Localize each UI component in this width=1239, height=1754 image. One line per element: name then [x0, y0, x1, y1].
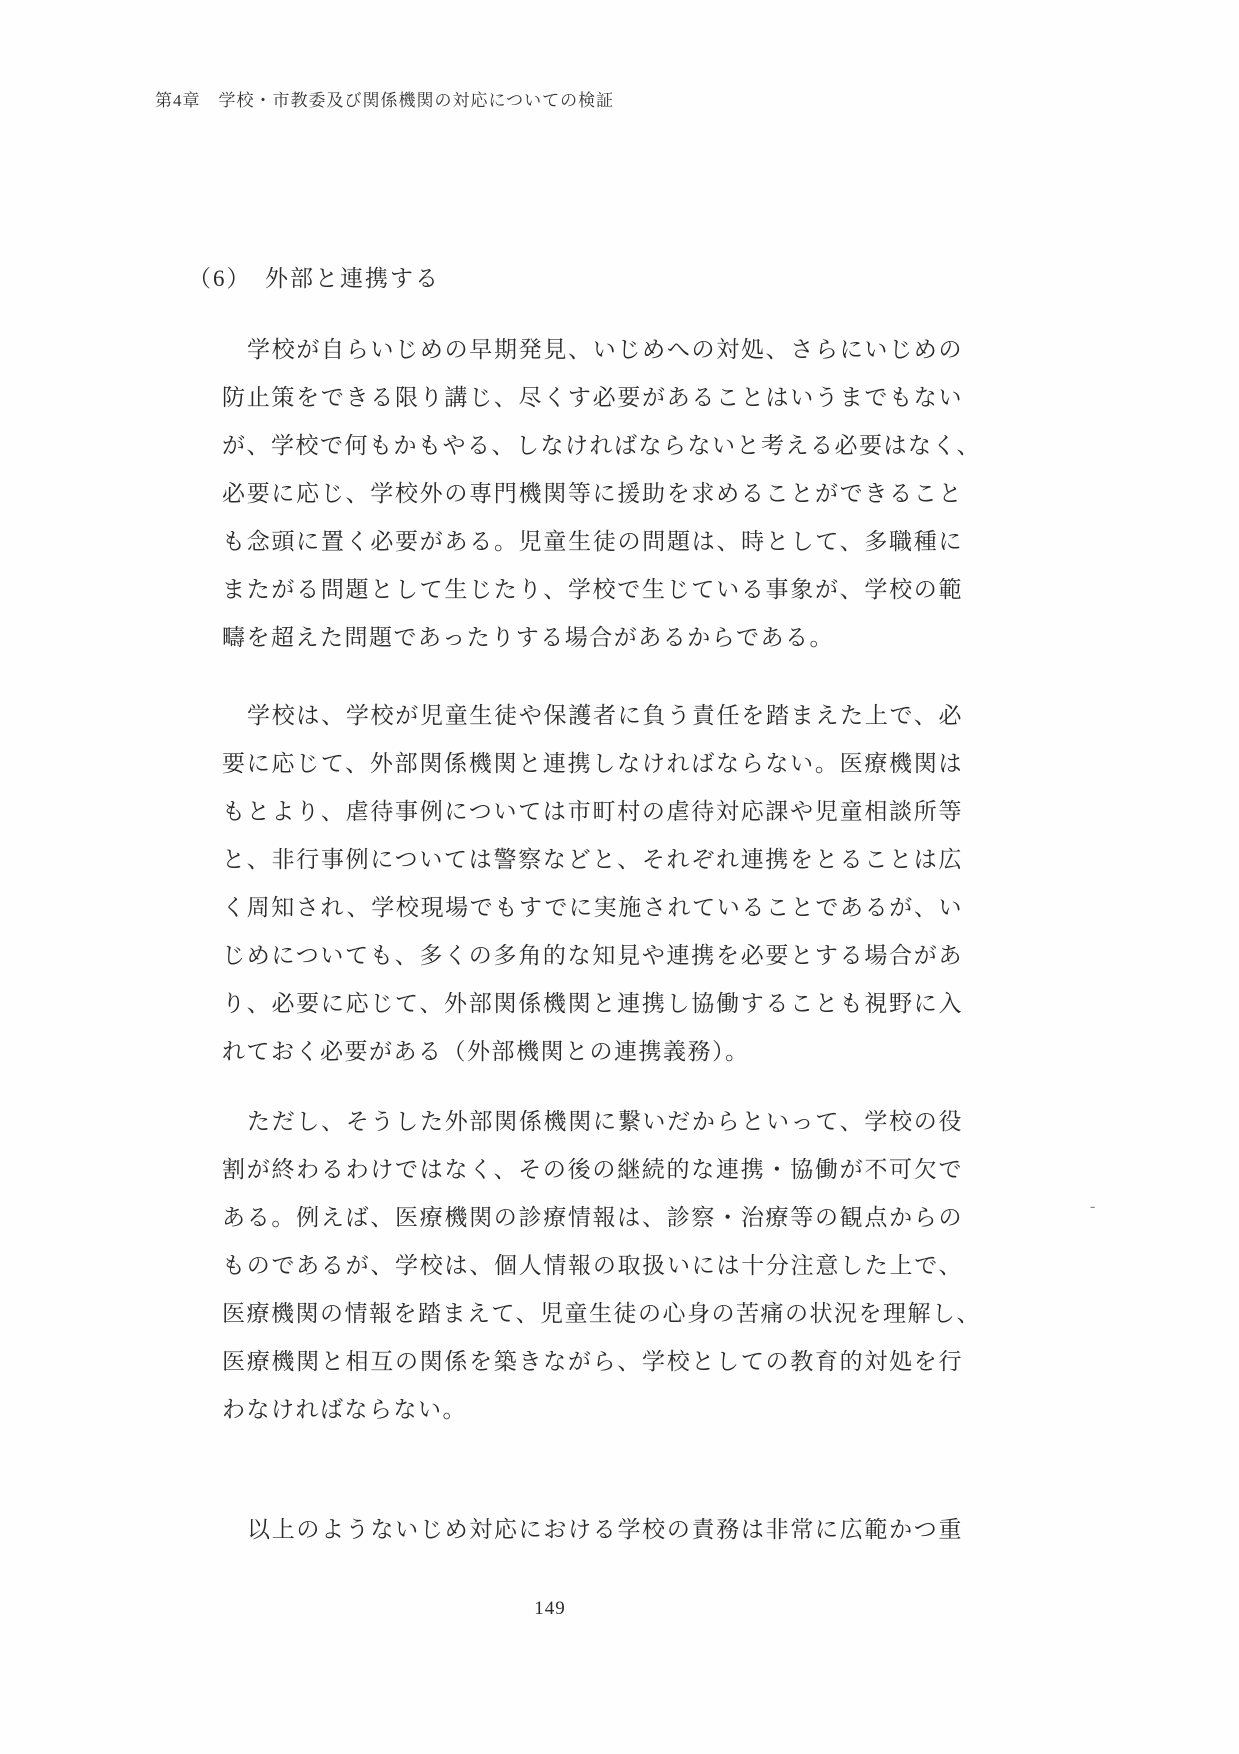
text-line: またがる問題として生じたり、学校で生じている事象が、学校の範 — [222, 566, 963, 614]
paragraph-4: 以上のようないじめ対応における学校の責務は非常に広範かつ重 — [222, 1506, 963, 1554]
text-line: 要に応じて、外部関係機関と連携しなければならない。医療機関は — [222, 740, 963, 788]
text-line: り、必要に応じて、外部関係機関と連携し協働することも視野に入 — [222, 980, 963, 1028]
text-line: と、非行事例については警察などと、それぞれ連携をとることは広 — [222, 836, 963, 884]
text-line: が、学校で何もかもやる、しなければならないと考える必要はなく、 — [222, 422, 963, 470]
text-line: わなければならない。 — [222, 1386, 963, 1434]
text-line: ただし、そうした外部関係機関に繋いだからといって、学校の役 — [222, 1098, 963, 1146]
chapter-header: 第4章 学校・市教委及び関係機関の対応についての検証 — [155, 86, 614, 111]
paragraph-1: 学校が自らいじめの早期発見、いじめへの対処、さらにいじめの 防止策をできる限り講… — [222, 326, 963, 662]
paragraph-2: 学校は、学校が児童生徒や保護者に負う責任を踏まえた上で、必 要に応じて、外部関係… — [222, 692, 963, 1076]
section-heading: （6） 外部と連携する — [188, 260, 440, 293]
text-line: れておく必要がある（外部機関との連携義務）。 — [222, 1028, 963, 1076]
text-line: 医療機関と相互の関係を築きながら、学校としての教育的対処を行 — [222, 1338, 963, 1386]
document-page: 第4章 学校・市教委及び関係機関の対応についての検証 （6） 外部と連携する 学… — [0, 0, 1239, 1754]
page-number: 149 — [515, 1598, 585, 1620]
text-line: もとより、虐待事例については市町村の虐待対応課や児童相談所等 — [222, 788, 963, 836]
text-line: 防止策をできる限り講じ、尽くす必要があることはいうまでもない — [222, 374, 963, 422]
text-line: 医療機関の情報を踏まえて、児童生徒の心身の苦痛の状況を理解し、 — [222, 1290, 963, 1338]
text-line: 学校は、学校が児童生徒や保護者に負う責任を踏まえた上で、必 — [222, 692, 963, 740]
text-line: も念頭に置く必要がある。児童生徒の問題は、時として、多職種に — [222, 518, 963, 566]
text-line: ものであるが、学校は、個人情報の取扱いには十分注意した上で、 — [222, 1242, 963, 1290]
text-line: 以上のようないじめ対応における学校の責務は非常に広範かつ重 — [222, 1506, 963, 1554]
paragraph-3: ただし、そうした外部関係機関に繋いだからといって、学校の役 割が終わるわけではな… — [222, 1098, 963, 1434]
text-line: 学校が自らいじめの早期発見、いじめへの対処、さらにいじめの — [222, 326, 963, 374]
text-line: 疇を超えた問題であったりする場合があるからである。 — [222, 614, 963, 662]
text-line: く周知され、学校現場でもすでに実施されていることであるが、い — [222, 884, 963, 932]
text-line: ある。例えば、医療機関の診療情報は、診察・治療等の観点からの — [222, 1194, 963, 1242]
text-line: 割が終わるわけではなく、その後の継続的な連携・協働が不可欠で — [222, 1146, 963, 1194]
text-line: 必要に応じ、学校外の専門機関等に援助を求めることができること — [222, 470, 963, 518]
text-line: じめについても、多くの多角的な知見や連携を必要とする場合があ — [222, 932, 963, 980]
margin-mark: - — [1090, 1198, 1095, 1216]
